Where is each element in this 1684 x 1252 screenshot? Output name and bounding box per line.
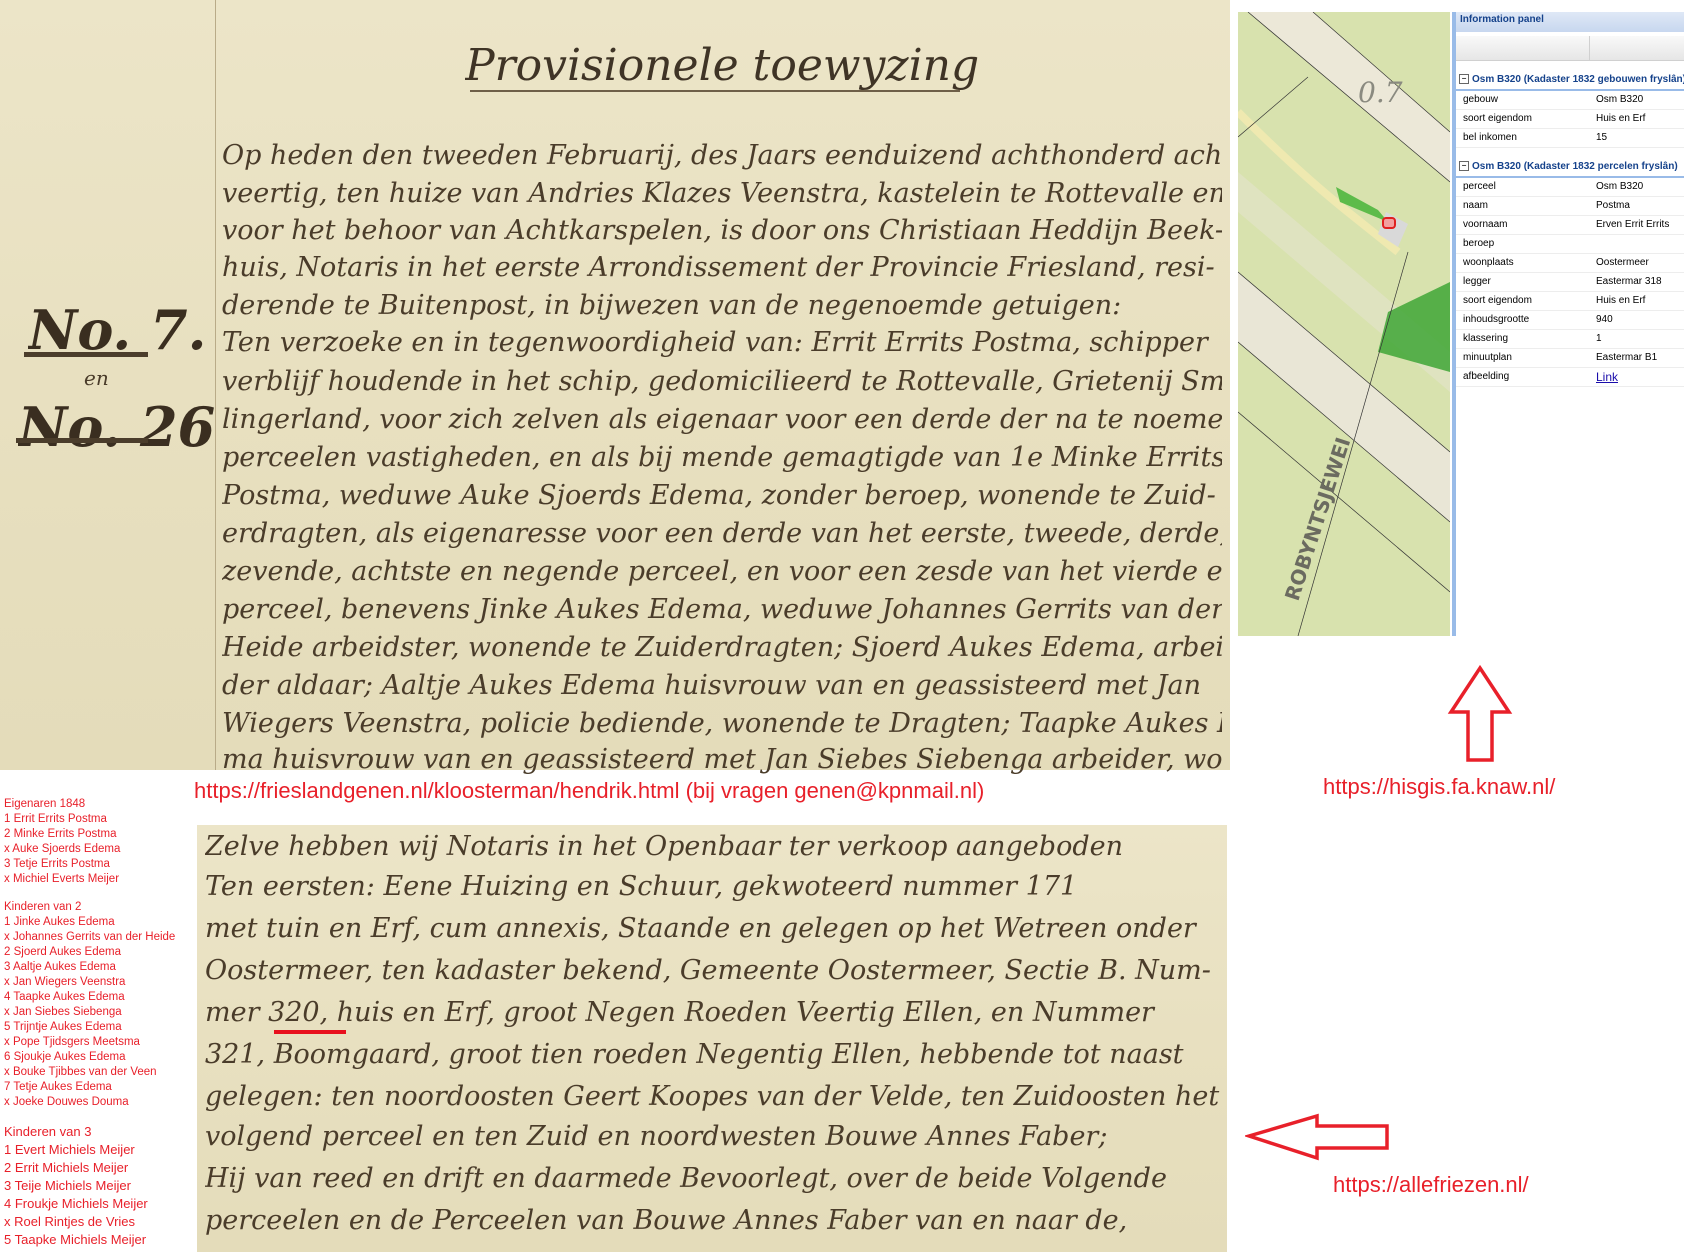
child-item: x Roel Rintjes de Vries	[4, 1213, 175, 1231]
child-item: 5 Taapke Michiels Meijer	[4, 1231, 175, 1249]
title-underline	[470, 90, 960, 92]
children3-heading: Kinderen van 3	[4, 1123, 175, 1141]
deed-line: veertig, ten huize van Andries Klazes Ve…	[222, 178, 1222, 209]
genealogy-notes: Eigenaren 1848 1 Errit Errits Postma 2 M…	[4, 797, 175, 1249]
deed-line: Op heden den tweeden Februarij, des Jaar…	[222, 140, 1222, 171]
info-row: minuutplanEastermar B1	[1456, 349, 1684, 368]
deed-line: Hij van reed en drift en daarmede Bevoor…	[205, 1163, 1220, 1194]
info-group-gebouwen[interactable]: −Osm B320 (Kadaster 1832 gebouwen fryslâ…	[1456, 71, 1684, 91]
notarial-deed-scan-top: Provisionele toewyzing No. 7. en No. 26 …	[0, 0, 1230, 770]
group-title: Osm B320 (Kadaster 1832 gebouwen fryslân…	[1472, 74, 1684, 85]
deed-line: erdragten, als eigenaresse voor een derd…	[222, 518, 1222, 549]
child-item: 2 Sjoerd Aukes Edema	[4, 945, 175, 960]
deed-line: gelegen: ten noordoosten Geert Koopes va…	[205, 1081, 1220, 1112]
child-item: 6 Sjoukje Aukes Edema	[4, 1050, 175, 1065]
deed-line: perceel, benevens Jinke Aukes Edema, wed…	[222, 594, 1222, 625]
info-row: afbeeldingLink	[1456, 368, 1684, 387]
deed-line: lingerland, voor zich zelven als eigenaa…	[222, 404, 1222, 435]
child-item: 4 Taapke Aukes Edema	[4, 990, 175, 1005]
child-item: 1 Jinke Aukes Edema	[4, 915, 175, 930]
deed-line: volgend perceel en ten Zuid en noordwest…	[205, 1121, 1220, 1152]
deed-line: Oostermeer, ten kadaster bekend, Gemeent…	[205, 955, 1220, 986]
info-row: woonplaatsOostermeer	[1456, 254, 1684, 273]
deed-line: derende te Buitenpost, in bijwezen van d…	[222, 290, 1222, 321]
up-arrow-icon	[1445, 664, 1515, 766]
info-row: voornaamErven Errit Errits	[1456, 216, 1684, 235]
deed-line: voor het behoor van Achtkarspelen, is do…	[222, 215, 1222, 246]
deed-line: ma huisvrouw van en geassisteerd met Jan…	[222, 744, 1222, 775]
child-item: 3 Aaltje Aukes Edema	[4, 960, 175, 975]
deed-title: Provisionele toewyzing	[465, 40, 979, 91]
info-row: soort eigendomHuis en Erf	[1456, 110, 1684, 129]
owner-item: x Michiel Everts Meijer	[4, 872, 175, 887]
owner-item: 1 Errit Errits Postma	[4, 812, 175, 827]
owner-item: 2 Minke Errits Postma	[4, 827, 175, 842]
deed-line: Postma, weduwe Auke Sjoerds Edema, zonde…	[222, 480, 1222, 511]
child-item: x Johannes Gerrits van der Heide	[4, 930, 175, 945]
information-panel: Information panel −Osm B320 (Kadaster 18…	[1452, 12, 1684, 636]
deed-line: Ten eersten: Eene Huizing en Schuur, gek…	[205, 871, 1220, 902]
info-row: perceelOsm B320	[1456, 178, 1684, 197]
margin-en: en	[84, 366, 109, 390]
margin-underline-2	[16, 438, 148, 443]
owner-item: x Auke Sjoerds Edema	[4, 842, 175, 857]
info-group-percelen[interactable]: −Osm B320 (Kadaster 1832 percelen fryslâ…	[1456, 158, 1684, 178]
left-arrow-icon	[1245, 1112, 1395, 1164]
deed-line: huis, Notaris in het eerste Arrondisseme…	[222, 252, 1222, 283]
map-number-label: 0.7	[1358, 76, 1403, 109]
margin-underline-1	[24, 352, 148, 357]
info-row: naamPostma	[1456, 197, 1684, 216]
info-row: gebouwOsm B320	[1456, 91, 1684, 110]
deed-line: zevende, achtste en negende perceel, en …	[222, 556, 1222, 587]
child-item: x Jan Wiegers Veenstra	[4, 975, 175, 990]
info-row: klassering1	[1456, 330, 1684, 349]
info-row: bel inkomen15	[1456, 129, 1684, 148]
deed-line: Ten verzoeke en in tegenwoordigheid van:…	[222, 327, 1222, 358]
child-item: 2 Errit Michiels Meijer	[4, 1159, 175, 1177]
deed-line: perceelen vastigheden, en als bij mende …	[222, 442, 1222, 473]
deed-line: perceelen en de Perceelen van Bouwe Anne…	[205, 1205, 1220, 1236]
child-item: 7 Tetje Aukes Edema	[4, 1080, 175, 1095]
hisgis-map[interactable]: 0.7 ROBYNTSJEWEI	[1238, 12, 1450, 636]
collapse-icon[interactable]: −	[1459, 74, 1469, 84]
parcel-320-highlight	[274, 1030, 346, 1034]
afbeelding-link[interactable]: Link	[1596, 370, 1618, 384]
child-item: 1 Evert Michiels Meijer	[4, 1141, 175, 1159]
hisgis-url: https://hisgis.fa.knaw.nl/	[1323, 774, 1555, 800]
info-row: inhoudsgrootte940	[1456, 311, 1684, 330]
info-row: leggerEastermar 318	[1456, 273, 1684, 292]
deed-line: Wiegers Veenstra, policie bediende, wone…	[222, 708, 1222, 739]
deed-line: 321, Boomgaard, groot tien roeden Negent…	[205, 1039, 1220, 1070]
child-item: 3 Teije Michiels Meijer	[4, 1177, 175, 1195]
deed-line: der aldaar; Aaltje Aukes Edema huisvrouw…	[222, 670, 1222, 701]
deed-line: verblijf houdende in het schip, gedomici…	[222, 366, 1222, 397]
collapse-icon[interactable]: −	[1459, 161, 1469, 171]
group-title: Osm B320 (Kadaster 1832 percelen fryslân…	[1472, 161, 1678, 172]
deed-line: met tuin en Erf, cum annexis, Staande en…	[205, 913, 1220, 944]
margin-number-2: No. 26	[18, 395, 215, 459]
deed-line: mer 320, huis en Erf, groot Negen Roeden…	[205, 997, 1220, 1028]
child-item: x Bouke Tjibbes van der Veen	[4, 1065, 175, 1080]
child-item: x Jan Siebes Siebenga	[4, 1005, 175, 1020]
info-row: soort eigendomHuis en Erf	[1456, 292, 1684, 311]
info-column-header	[1456, 36, 1684, 61]
child-item: 5 Trijntje Aukes Edema	[4, 1020, 175, 1035]
info-panel-title: Information panel	[1456, 12, 1684, 32]
frieslandgenen-url: https://frieslandgenen.nl/kloosterman/he…	[194, 778, 984, 804]
child-item: x Pope Tjidsgers Meetsma	[4, 1035, 175, 1050]
children2-heading: Kinderen van 2	[4, 900, 175, 915]
deed-line: Zelve hebben wij Notaris in het Openbaar…	[205, 831, 1220, 862]
owner-item: 3 Tetje Errits Postma	[4, 857, 175, 872]
allefriezen-url: https://allefriezen.nl/	[1333, 1172, 1529, 1198]
notarial-deed-scan-bottom: Zelve hebben wij Notaris in het Openbaar…	[197, 825, 1227, 1252]
child-item: x Joeke Douwes Douma	[4, 1095, 175, 1110]
child-item: 4 Froukje Michiels Meijer	[4, 1195, 175, 1213]
map-canvas: 0.7 ROBYNTSJEWEI	[1238, 12, 1450, 636]
margin-rule	[215, 0, 216, 770]
owners-heading: Eigenaren 1848	[4, 797, 175, 812]
info-row: beroep	[1456, 235, 1684, 254]
deed-line: Heide arbeidster, wonende te Zuiderdragt…	[222, 632, 1222, 663]
